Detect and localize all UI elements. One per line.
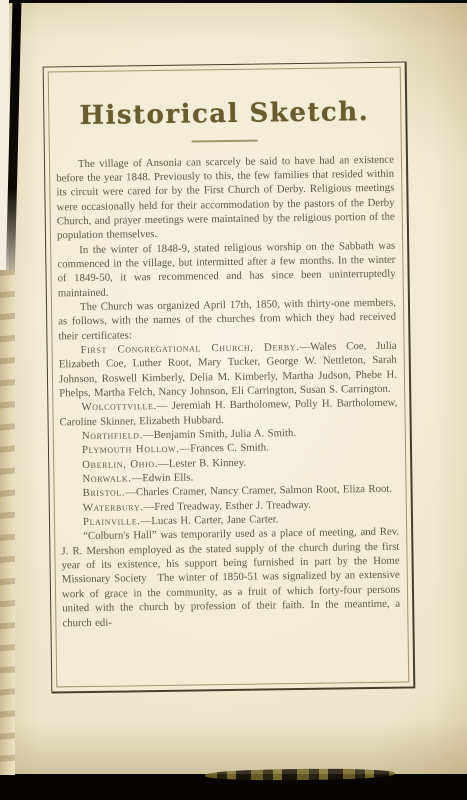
paragraph: “Colburn's Hall” was temporarily used as… [61,525,400,630]
page-content: Historical Sketch. The village of Ansoni… [54,70,402,685]
church-name-smallcaps: Plainville. [83,515,141,528]
church-name-smallcaps: Bristol. [83,487,126,500]
title-divider [192,140,258,142]
church-name-smallcaps: Oberlin, Ohio. [82,458,158,471]
church-name-smallcaps: Norwalk. [82,472,131,485]
church-name-smallcaps: Waterbury. [83,501,144,514]
double-ruled-border: Historical Sketch. The village of Ansoni… [43,61,416,693]
paragraph: Wolcottville.— Jeremiah H. Bartholomew, … [59,396,397,429]
book-page-photo: Historical Sketch. The village of Ansoni… [0,0,467,800]
paragraph: First Congregational Church, Derby.—Wale… [59,339,398,401]
church-name-smallcaps: Plymouth Hollow. [82,443,180,456]
church-name-smallcaps: Northfield. [82,429,143,442]
church-name-smallcaps: Wolcottville. [81,400,157,413]
torn-page-edge [0,270,15,775]
page-title: Historical Sketch. [54,97,394,132]
body-text: The village of Ansonia can scarcely be s… [55,152,402,630]
church-name-smallcaps: First Congregational Church, Derby. [81,341,300,356]
photo-top-edge [18,0,467,3]
paragraph: In the winter of 1848-9, stated religiou… [57,238,396,300]
book-edge-mottling [205,768,395,781]
paragraph: The village of Ansonia can scarcely be s… [56,152,395,243]
paragraph: The Church was organized April 17th, 185… [58,296,397,344]
